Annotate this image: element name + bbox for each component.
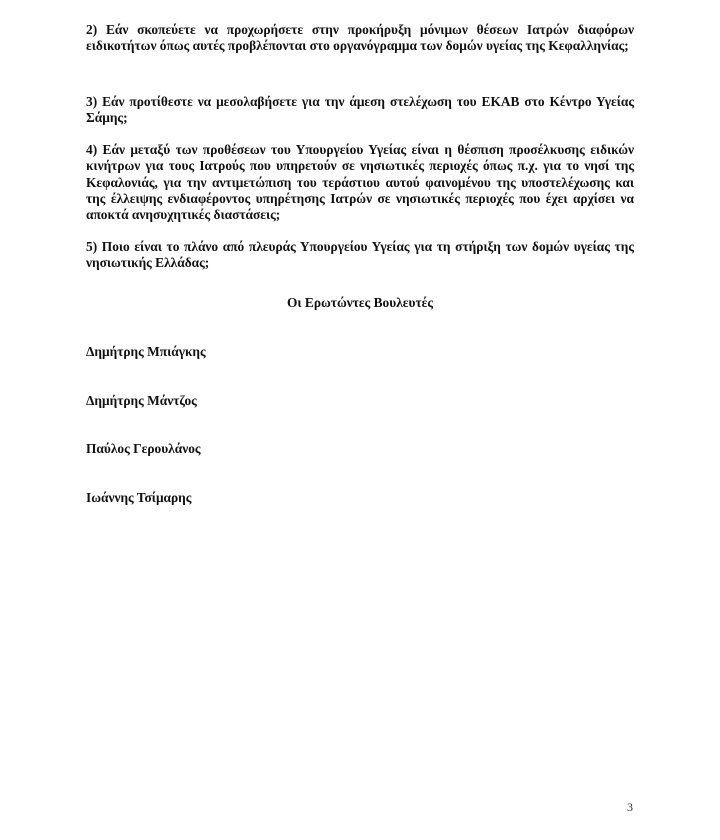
signer-name: Παύλος Γερουλάνος: [86, 441, 201, 457]
question-2: 2) Εάν σκοπεύετε να προχωρήσετε στην προ…: [86, 22, 634, 55]
question-4-text: Εάν μεταξύ των προθέσεων του Υπουργείου …: [86, 142, 634, 222]
signers-heading: Οι Ερωτώντες Βουλευτές: [86, 295, 634, 311]
question-3-text: Εάν προτίθεστε να μεσολαβήσετε για την ά…: [86, 94, 634, 125]
question-5: 5) Ποιο είναι το πλάνο από πλευράς Υπουρ…: [86, 239, 634, 272]
question-3-number: 3): [86, 94, 97, 109]
question-5-text: Ποιο είναι το πλάνο από πλευράς Υπουργεί…: [86, 239, 634, 270]
question-4: 4) Εάν μεταξύ των προθέσεων του Υπουργεί…: [86, 142, 634, 223]
question-4-number: 4): [86, 142, 97, 157]
page-number: 3: [627, 800, 633, 815]
document-page: 2) Εάν σκοπεύετε να προχωρήσετε στην προ…: [0, 0, 720, 840]
signer-name: Ιωάννης Τσίμαρης: [86, 490, 191, 506]
question-2-number: 2): [86, 22, 97, 37]
question-2-text: Εάν σκοπεύετε να προχωρήσετε στην προκήρ…: [86, 22, 634, 53]
signer-name: Δημήτρης Μπιάγκης: [86, 344, 206, 360]
signer-name: Δημήτρης Μάντζος: [86, 393, 197, 409]
question-3: 3) Εάν προτίθεστε να μεσολαβήσετε για τη…: [86, 94, 634, 127]
question-5-number: 5): [86, 239, 97, 254]
